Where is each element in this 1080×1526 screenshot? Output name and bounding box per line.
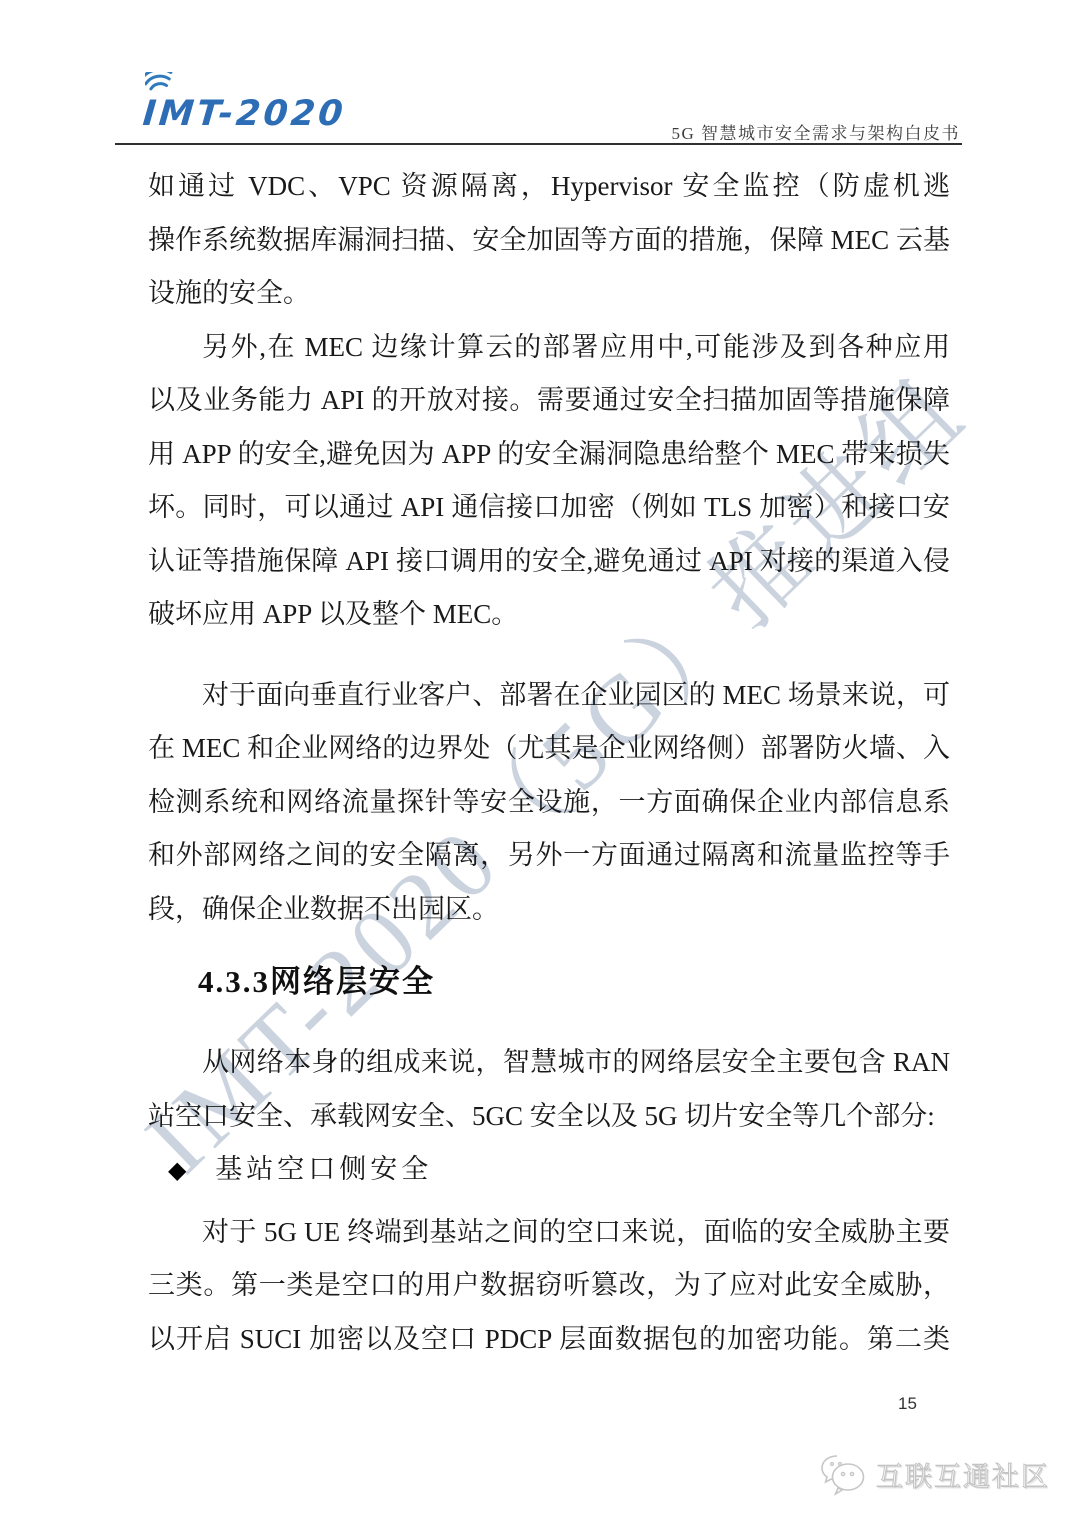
page-body: 如通过 VDC、VPC 资源隔离，Hypervisor 安全监控（防虚机逃逸），…	[148, 150, 950, 1366]
community-logo: 互联互通社区	[818, 1450, 1050, 1498]
header-rule	[115, 143, 962, 145]
document-title: 5G 智慧城市安全需求与架构白皮书	[671, 119, 960, 144]
text-line: 用 APP 的安全,避免因为 APP 的安全漏洞隐患给整个 MEC 带来损失破	[148, 428, 950, 482]
text-line: 另外,在 MEC 边缘计算云的部署应用中,可能涉及到各种应用 APP,	[148, 321, 950, 375]
paragraph: 另外,在 MEC 边缘计算云的部署应用中,可能涉及到各种应用 APP, 以及业务…	[148, 321, 950, 642]
text-line: 三类。第一类是空口的用户数据窃听篡改，为了应对此安全威胁，可	[148, 1259, 950, 1313]
text-line: 对于 5G UE 终端到基站之间的空口来说，面临的安全威胁主要有	[148, 1206, 950, 1260]
paragraph: 对于面向垂直行业客户、部署在企业园区的 MEC 场景来说，可以 在 MEC 和企…	[148, 669, 950, 937]
text-line: 从网络本身的组成来说，智慧城市的网络层安全主要包含 RAN 基	[148, 1036, 950, 1090]
diamond-bullet-icon: ◆	[168, 1158, 186, 1184]
text-line: 以及业务能力 API 的开放对接。需要通过安全扫描加固等措施保障应	[148, 374, 950, 428]
text-line: 操作系统数据库漏洞扫描、安全加固等方面的措施，保障 MEC 云基础	[148, 214, 950, 268]
text-line: 破坏应用 APP 以及整个 MEC。	[148, 588, 950, 642]
bullet-item: ◆ 基站空口侧安全	[148, 1143, 950, 1197]
page-number: 15	[898, 1394, 917, 1414]
paragraph: 从网络本身的组成来说，智慧城市的网络层安全主要包含 RAN 基 站空口安全、承载…	[148, 1036, 950, 1143]
paragraph: 对于 5G UE 终端到基站之间的空口来说，面临的安全威胁主要有 三类。第一类是…	[148, 1206, 950, 1367]
section-heading: 4.3.3网络层安全	[148, 958, 950, 1006]
text-line: 站空口安全、承载网安全、5GC 安全以及 5G 切片安全等几个部分:	[148, 1090, 950, 1144]
text-line: 设施的安全。	[148, 267, 950, 321]
text-line: 和外部网络之间的安全隔离，另外一方面通过隔离和流量监控等手	[148, 829, 950, 883]
text-line: 认证等措施保障 API 接口调用的安全,避免通过 API 对接的渠道入侵	[148, 535, 950, 589]
text-line: 在 MEC 和企业网络的边界处（尤其是企业网络侧）部署防火墙、入侵	[148, 722, 950, 776]
text-line: 以开启 SUCI 加密以及空口 PDCP 层面数据包的加密功能。第二类是来	[148, 1313, 950, 1367]
bullet-item-label: 基站空口侧安全	[215, 1154, 432, 1184]
text-line: 检测系统和网络流量探针等安全设施，一方面确保企业内部信息系统	[148, 776, 950, 830]
text-line: 坏。同时，可以通过 API 通信接口加密（例如 TLS 加密）和接口安全	[148, 481, 950, 535]
text-line: 对于面向垂直行业客户、部署在企业园区的 MEC 场景来说，可以	[148, 669, 950, 723]
text-line: 段，确保企业数据不出园区。	[148, 883, 950, 937]
paragraph: 如通过 VDC、VPC 资源隔离，Hypervisor 安全监控（防虚机逃逸），…	[148, 160, 950, 321]
text-line: 如通过 VDC、VPC 资源隔离，Hypervisor 安全监控（防虚机逃逸），	[148, 160, 950, 214]
logo-wordmark: IMT-2020	[141, 94, 347, 134]
imt2020-logo: IMT-2020	[143, 72, 343, 138]
document-page: IMT-2020（5G）推进组 IMT-2020 5G 智慧城市安全需求与架构白…	[0, 0, 1080, 1526]
community-label: 互联互通社区	[876, 1455, 1050, 1494]
chat-bubbles-icon	[818, 1450, 870, 1498]
